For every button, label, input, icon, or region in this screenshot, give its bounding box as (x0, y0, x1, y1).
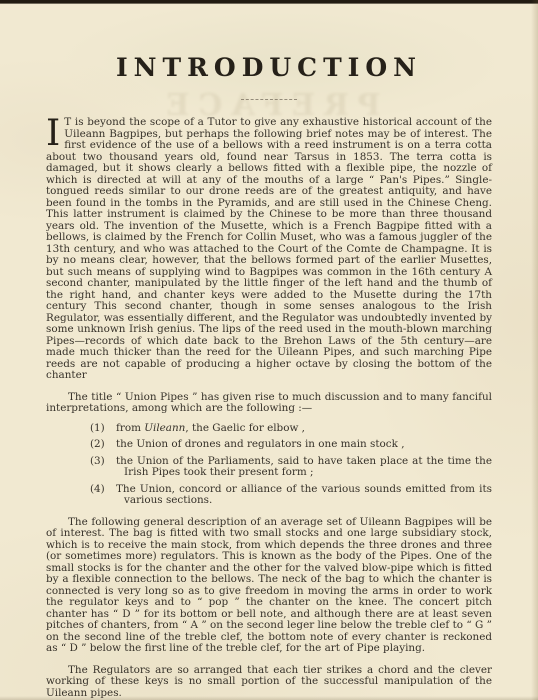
page-body: IT is beyond the scope of a Tutor to giv… (0, 117, 538, 699)
list-item-text: the Union of the Parliaments, said to ha… (116, 455, 492, 479)
list-item: (1)from Uileann, the Gaelic for elbow , (90, 423, 492, 435)
interpretations-list: (1)from Uileann, the Gaelic for elbow , … (90, 423, 492, 507)
title-divider-rule (241, 99, 297, 100)
list-item: (4)The Union, concord or alliance of the… (90, 484, 492, 507)
list-item-marker: (1) (90, 423, 116, 435)
page-title: INTRODUCTION (0, 0, 538, 84)
list-item-text: the Union of drones and regulators in on… (116, 438, 405, 450)
book-page: PREFACE INTRODUCTION IT is beyond the sc… (0, 0, 538, 700)
regulators-paragraph: The Regulators are so arranged that each… (46, 665, 492, 700)
list-item-text: from Uileann, the Gaelic for elbow , (116, 422, 305, 434)
union-pipes-paragraph: The title “ Union Pipes ” has given rise… (46, 392, 492, 415)
intro-paragraph: IT is beyond the scope of a Tutor to giv… (46, 117, 492, 382)
description-paragraph: The following general description of an … (46, 517, 492, 655)
list-item-marker: (2) (90, 439, 116, 451)
list-item: (3)the Union of the Parliaments, said to… (90, 456, 492, 479)
list-item-marker: (4) (90, 484, 116, 496)
list-item: (2)the Union of drones and regulators in… (90, 439, 492, 451)
page-top-edge-shadow (0, 0, 538, 4)
list-item-marker: (3) (90, 456, 116, 468)
list-item-text: The Union, concord or alliance of the va… (116, 483, 492, 507)
intro-paragraph-text: T is beyond the scope of a Tutor to give… (46, 116, 492, 381)
drop-cap-letter: I (46, 117, 64, 150)
